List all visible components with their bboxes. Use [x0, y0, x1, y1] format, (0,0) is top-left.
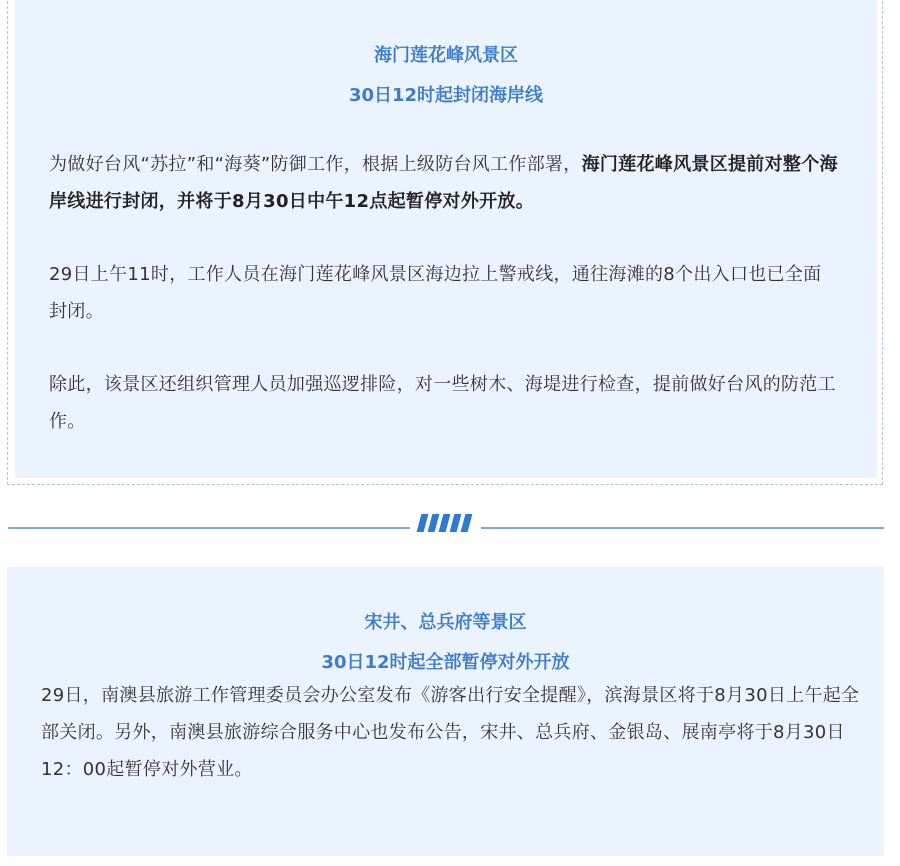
section1-paragraph3: 除此，该景区还组织管理人员加强巡逻排险，对一些树木、海堤进行检查，提前做好台风的…: [49, 366, 839, 440]
section-divider: [8, 527, 884, 530]
section1-card: 海门莲花峰风景区 30日12时起封闭海岸线 为做好台风“苏拉”和“海葵”防御工作…: [15, 0, 877, 478]
section1-titles: 海门莲花峰风景区 30日12时起封闭海岸线: [15, 36, 877, 116]
section2-card: 宋井、总兵府等景区 30日12时起全部暂停对外开放 29日，南澳县旅游工作管理委…: [7, 567, 884, 856]
section1-paragraph1-normal: 为做好台风“苏拉”和“海葵”防御工作，根据上级防台风工作部署，: [49, 154, 582, 175]
section1-paragraph2: 29日上午11时，工作人员在海门莲花峰风景区海边拉上警戒线，通往海滩的8个出入口…: [49, 256, 839, 330]
stripes-icon: [419, 514, 477, 532]
section1-title-line2: 30日12时起封闭海岸线: [15, 76, 877, 116]
section2-title-line1: 宋井、总兵府等景区: [7, 603, 884, 643]
section2-titles: 宋井、总兵府等景区 30日12时起全部暂停对外开放: [7, 603, 884, 683]
divider-line-right: [481, 527, 884, 529]
section1-title-line1: 海门莲花峰风景区: [15, 36, 877, 76]
section1-paragraph1: 为做好台风“苏拉”和“海葵”防御工作，根据上级防台风工作部署，海门莲花峰风景区提…: [49, 146, 855, 220]
divider-line-left: [8, 527, 410, 529]
section2-paragraph1: 29日，南澳县旅游工作管理委员会办公室发布《游客出行安全提醒》，滨海景区将于8月…: [41, 677, 861, 788]
